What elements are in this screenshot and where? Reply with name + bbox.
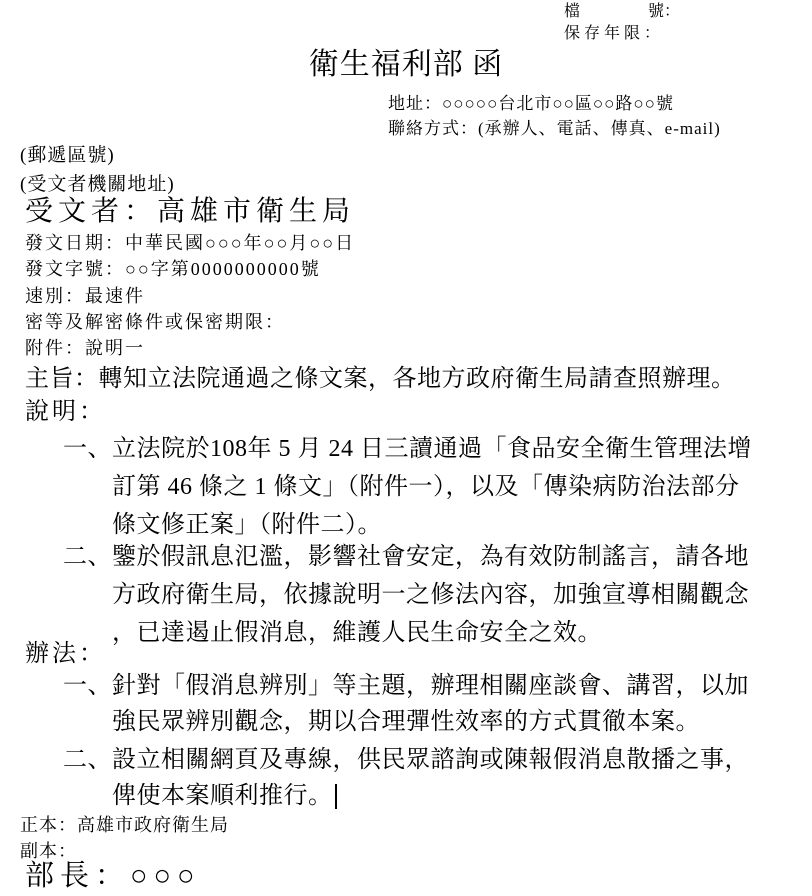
document-title[interactable]: 衛生福利部 函 [0,46,812,84]
text-cursor [335,784,338,809]
security-level-line[interactable]: 密等及解密條件或保密期限： [25,309,355,335]
measures-item-2: 二、設立相關網頁及專線，供民眾諮詢或陳報假消息散播之事， 俾使本案順利推行。 [0,742,749,814]
original-copy-line[interactable]: 正本：高雄市政府衛生局 [20,812,229,838]
zip-placeholder-line[interactable]: (郵遞區號) [20,141,175,170]
recipient-address-notes: (郵遞區號) (受文者機關地址) [20,141,175,199]
attachment-line[interactable]: 附件：說明一 [25,335,355,361]
file-no-label-right: 號： [648,1,680,23]
file-number-line[interactable]: 檔 號： [564,1,680,23]
measures-item-line[interactable]: 俾使本案順利推行。 [0,778,749,814]
explanation-item-line[interactable]: ，已達遏止假消息，維護人民生命安全之效。 [0,614,749,652]
doc-number-line[interactable]: 發文字號：○○字第0000000000號 [25,256,355,282]
recipient-line[interactable]: 受文者：高雄市衛生局 [25,194,355,230]
explanation-item-line[interactable]: 一、立法院於108年 5 月 24 日三讀通過「食品安全衛生管理法增 [0,430,752,468]
minister-signature-line[interactable]: 部長：○○○ [25,858,201,895]
explanation-item-line[interactable]: 訂第 46 條之 1 條文」（附件一），以及「傳染病防治法部分 [0,468,752,506]
agency-address-line[interactable]: 地址：○○○○○台北市○○區○○路○○號 [388,91,721,116]
subject-line[interactable]: 主旨：轉知立法院通過之條文案，各地方政府衛生局請查照辦理。 [25,364,736,395]
measures-item-line[interactable]: 一、針對「假消息辨別」等主題，辦理相關座談會、講習，以加 [0,668,749,704]
retention-period-line[interactable]: 保存年限： [564,23,680,45]
contact-method-line[interactable]: 聯絡方式：(承辦人、電話、傳真、e-mail) [388,116,721,141]
document-meta-block: 發文日期：中華民國○○○年○○月○○日 發文字號：○○字第0000000000號… [25,230,355,361]
explanation-section-label[interactable]: 說明： [25,396,106,428]
measures-item-line-text: 俾使本案順利推行。 [112,783,333,809]
speed-level-line[interactable]: 速別：最速件 [25,283,355,309]
measures-item-1: 一、針對「假消息辨別」等主題，辦理相關座談會、講習，以加 強民眾辨別觀念，期以合… [0,668,749,740]
measures-section-label[interactable]: 辦法： [25,638,106,670]
explanation-item-line[interactable]: 方政府衛生局，依據說明一之修法內容，加強宣導相關觀念 [0,576,749,614]
measures-item-line[interactable]: 強民眾辨別觀念，期以合理彈性效率的方式貫徹本案。 [0,704,749,740]
contact-block: 地址：○○○○○台北市○○區○○路○○號 聯絡方式：(承辦人、電話、傳真、e-m… [388,91,721,141]
explanation-item-2: 二、鑒於假訊息氾濫，影響社會安定，為有效防制謠言，請各地 方政府衛生局，依據說明… [0,538,749,652]
distribution-block: 正本：高雄市政府衛生局 副本： [20,812,229,864]
file-number-block: 檔 號： 保存年限： [564,1,680,45]
document-page[interactable]: 檔 號： 保存年限： 衛生福利部 函 地址：○○○○○台北市○○區○○路○○號 … [0,0,812,896]
file-no-label-left: 檔 [564,1,580,23]
measures-item-line[interactable]: 二、設立相關網頁及專線，供民眾諮詢或陳報假消息散播之事， [0,742,749,778]
explanation-item-line[interactable]: 二、鑒於假訊息氾濫，影響社會安定，為有效防制謠言，請各地 [0,538,749,576]
issue-date-line[interactable]: 發文日期：中華民國○○○年○○月○○日 [25,230,355,256]
explanation-item-1: 一、立法院於108年 5 月 24 日三讀通過「食品安全衛生管理法增 訂第 46… [0,430,752,544]
